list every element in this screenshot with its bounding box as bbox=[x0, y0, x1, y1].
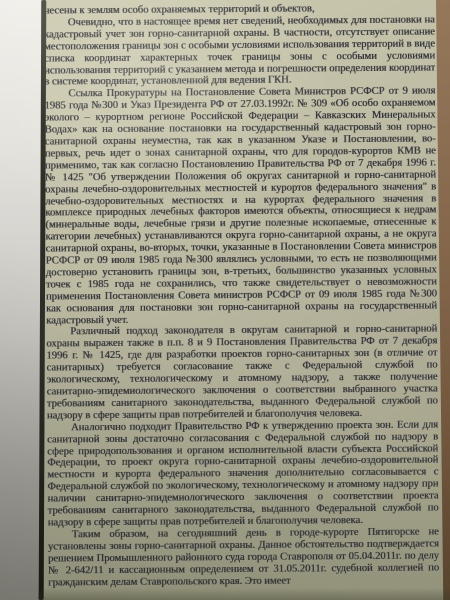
document-photo: несены к землям особо охраняемых террито… bbox=[0, 0, 450, 600]
photo-lighting-overlay bbox=[0, 0, 450, 600]
